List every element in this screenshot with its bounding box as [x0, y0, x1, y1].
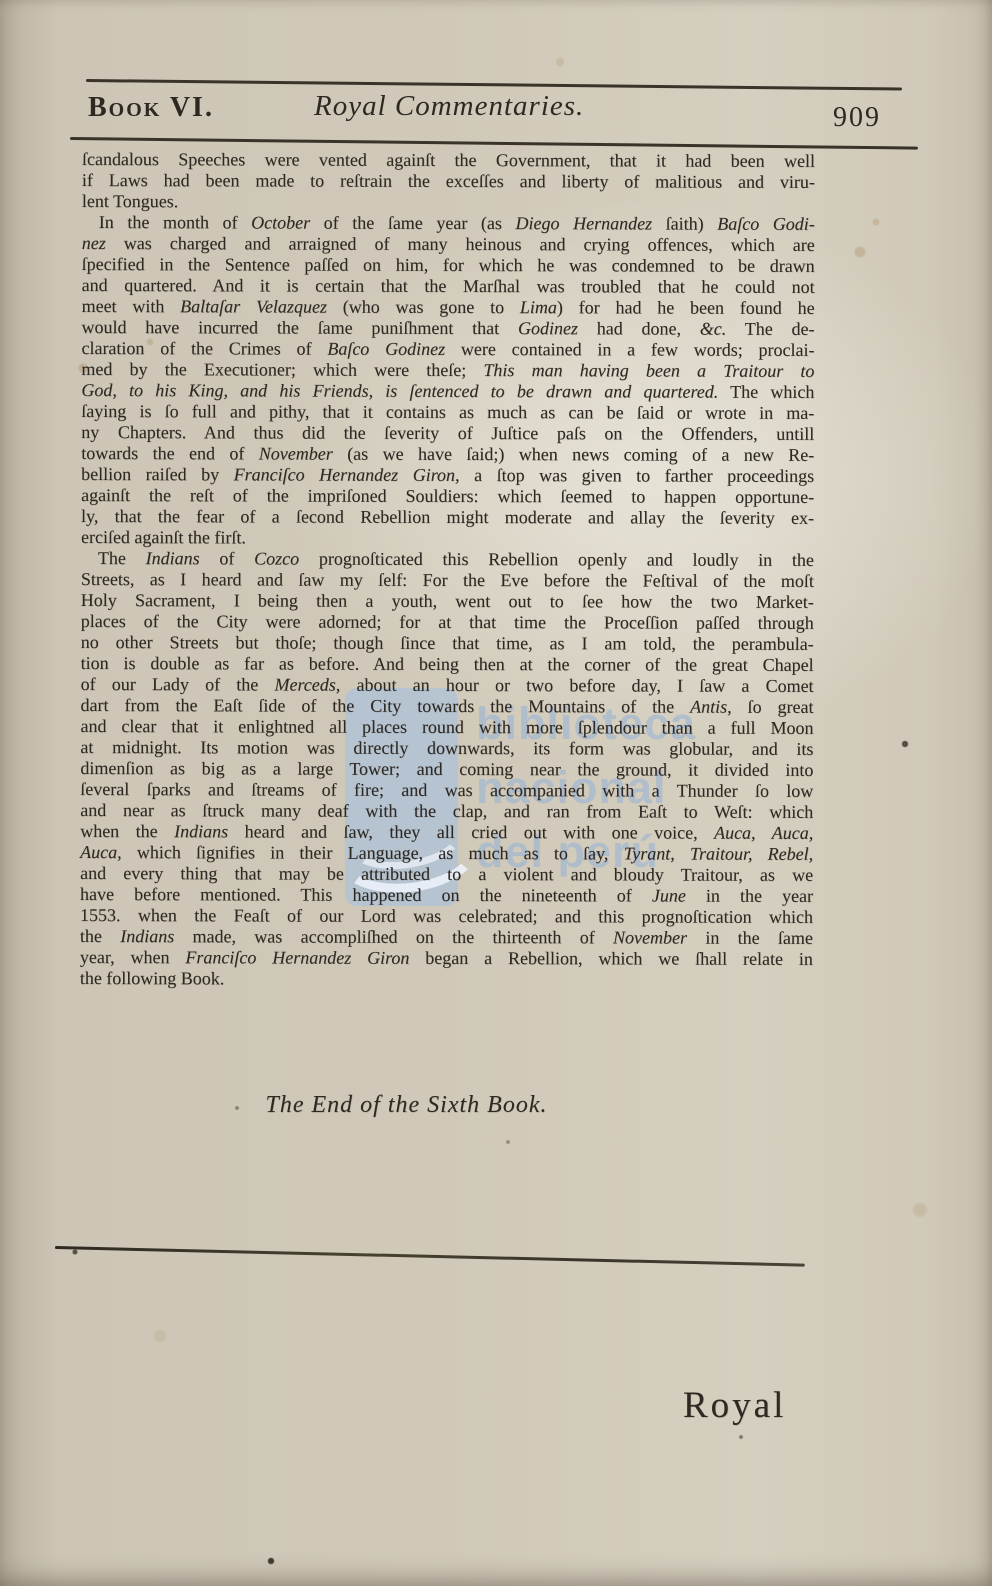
text-segment: have before mentioned. This happened on … — [80, 884, 652, 905]
header-rule-top — [86, 79, 902, 91]
text-line: ly, that the fear of a ſecond Rebellion … — [81, 506, 814, 529]
text-segment: (who was gone to — [327, 297, 520, 318]
text-line: year, when Franciſco Hernandez Giron beg… — [80, 947, 813, 970]
text-line: meet with Baltaſar Velazquez (who was go… — [82, 296, 815, 319]
text-segment: ) for had he been found he — [557, 297, 815, 318]
text-line: the following Book. — [80, 968, 813, 991]
text-segment: med by the Executioner; which were theſe… — [81, 359, 483, 380]
text-line: med by the Executioner; which were theſe… — [81, 359, 814, 382]
text-line: nez was charged and arraigned of many he… — [82, 233, 815, 256]
text-segment: had done, — [578, 318, 700, 338]
text-segment: no other Streets but thoſe; though ſince… — [81, 632, 814, 654]
text-segment: ſcandalous Speeches were vented againſt … — [82, 149, 815, 171]
text-segment: and quartered. And it is certain that th… — [82, 275, 815, 297]
text-line: bellion raiſed by Franciſco Hernandez Gi… — [81, 464, 814, 487]
book-end-line: The End of the Sixth Book. — [40, 1092, 773, 1119]
italic-text-segment: Franciſco Hernandez Giron — [185, 947, 409, 968]
text-segment: year, when — [80, 947, 186, 967]
text-line: Holy Sacrament, I being then a youth, we… — [81, 590, 814, 613]
text-segment: which ſignifies in their Language, as mu… — [122, 842, 624, 863]
text-segment: In the month of — [99, 212, 251, 232]
text-segment: erciſed againſt the firſt. — [81, 527, 246, 547]
italic-text-segment: Baſco Godinez — [327, 339, 445, 359]
text-line: 1553. when the Feaſt of our Lord was cel… — [80, 905, 813, 928]
text-line: and near as ſtruck many deaf with the cl… — [80, 800, 813, 823]
text-line: of our Lady of the Merceds, about an hou… — [81, 674, 814, 697]
text-segment: began a Rebellion, which we ſhall relate… — [409, 948, 812, 969]
italic-text-segment: Baſco Godi- — [717, 214, 815, 234]
text-segment: when the — [80, 821, 174, 841]
text-line: ny Chapters. And thus did the ſeverity o… — [81, 422, 814, 445]
text-segment: and clear that it enlightned all places … — [80, 716, 813, 738]
text-segment: ſeveral ſparks and ſtreams of fire; and … — [80, 779, 813, 801]
italic-text-segment: Franciſco Hernandez Giron, — [234, 464, 460, 485]
text-segment: claration of the Crimes of — [81, 338, 327, 359]
running-title: Royal Commentaries. — [314, 90, 584, 123]
text-segment: tion is double as far as before. And bei… — [81, 653, 814, 675]
text-line: God, to his King, and his Friends, is ſe… — [81, 380, 814, 403]
text-segment: of — [200, 548, 255, 568]
text-segment: would have incurred the ſame puniſhment … — [82, 317, 518, 338]
text-line: In the month of October of the ſame year… — [82, 212, 815, 235]
text-segment: the — [80, 926, 120, 946]
text-segment: about an hour or two before day, I ſaw a… — [340, 675, 813, 696]
italic-text-segment: Tyrant, Traitour, Rebel, — [624, 843, 814, 863]
text-segment: ſaith) — [652, 213, 717, 233]
text-segment: was charged and arraigned of many heinou… — [106, 233, 815, 255]
italic-text-segment: Indians — [146, 548, 200, 568]
footer-rule — [55, 1246, 805, 1266]
text-line: at midnight. Its motion was directly dow… — [80, 737, 813, 760]
text-segment: The which — [718, 382, 814, 402]
italic-text-segment: nez — [82, 233, 106, 253]
text-segment: places of the City were adorned; for at … — [81, 611, 814, 633]
text-segment: a ſtop was given to farther proceedings — [460, 465, 815, 486]
text-segment: The de- — [726, 319, 814, 339]
text-segment: againſt the reſt of the impriſoned Sould… — [81, 485, 814, 507]
text-segment: dart from the Eaſt ſide of the City towa… — [81, 695, 691, 717]
text-line: towards the end of November (as we have … — [81, 443, 814, 466]
text-segment: bellion raiſed by — [81, 464, 234, 484]
text-segment: in the ſame — [687, 928, 813, 948]
text-line: lent Tongues. — [82, 191, 815, 214]
text-line: and every thing that may be attributed t… — [80, 863, 813, 886]
text-segment: prognoſticated this Rebellion openly and… — [299, 549, 814, 570]
text-line: and quartered. And it is certain that th… — [82, 275, 815, 298]
italic-text-segment: November — [613, 927, 687, 947]
text-line: Streets, as I heard and ſaw my ſelf: For… — [81, 569, 814, 592]
text-line: ſcandalous Speeches were vented againſt … — [82, 149, 815, 172]
italic-text-segment: Lima — [520, 297, 557, 317]
italic-text-segment: Antis, — [690, 697, 732, 717]
text-line: when the Indians heard and ſaw, they all… — [80, 821, 813, 844]
italic-text-segment: Auca, Auca, — [714, 823, 813, 843]
text-segment: Holy Sacrament, I being then a youth, we… — [81, 590, 814, 612]
text-line: ſeveral ſparks and ſtreams of fire; and … — [80, 779, 813, 802]
body-text: ſcandalous Speeches were vented againſt … — [80, 149, 815, 991]
text-line: no other Streets but thoſe; though ſince… — [81, 632, 814, 655]
text-line: places of the City were adorned; for at … — [81, 611, 814, 634]
text-segment: and near as ſtruck many deaf with the cl… — [80, 800, 813, 822]
text-segment: at midnight. Its motion was directly dow… — [80, 737, 813, 759]
italic-text-segment: June — [652, 885, 686, 905]
italic-text-segment: Merceds, — [274, 675, 340, 695]
text-segment: The — [98, 548, 146, 568]
italic-text-segment: Godinez — [518, 318, 578, 338]
text-segment: towards the end of — [81, 443, 259, 463]
text-line: againſt the reſt of the impriſoned Sould… — [81, 485, 814, 508]
text-segment: of the ſame year (as — [310, 213, 515, 234]
text-segment: dimenſion as big as a large Tower; and c… — [80, 758, 813, 780]
paragraph: ſcandalous Speeches were vented againſt … — [82, 149, 815, 214]
italic-text-segment: Diego Hernandez — [516, 213, 653, 233]
text-segment: Streets, as I heard and ſaw my ſelf: For… — [81, 569, 814, 591]
text-line: The Indians of Cozco prognoſticated this… — [81, 548, 814, 571]
text-segment: ſpecified in the Sentence paſſed on him,… — [82, 254, 815, 276]
text-line: dart from the Eaſt ſide of the City towa… — [81, 695, 814, 718]
text-line: would have incurred the ſame puniſhment … — [82, 317, 815, 340]
text-segment: ly, that the fear of a ſecond Rebellion … — [81, 506, 814, 528]
catchword: Royal — [683, 1384, 786, 1427]
text-line: the Indians made, was accompliſhed on th… — [80, 926, 813, 949]
text-line: claration of the Crimes of Baſco Godinez… — [81, 338, 814, 361]
text-line: Auca, which ſignifies in their Language,… — [80, 842, 813, 865]
text-segment: heard and ſaw, they all cried out with o… — [228, 821, 714, 842]
book-label: Book VI. — [88, 92, 214, 124]
text-segment: in the year — [686, 886, 813, 906]
italic-text-segment: Cozco — [254, 548, 299, 568]
italic-text-segment: &c. — [700, 319, 727, 339]
paragraph: In the month of October of the ſame year… — [81, 212, 815, 550]
italic-text-segment: October — [251, 212, 310, 232]
text-segment: 1553. when the Feaſt of our Lord was cel… — [80, 905, 813, 927]
header-rule-bottom — [70, 137, 918, 149]
paragraph: The Indians of Cozco prognoſticated this… — [80, 548, 814, 991]
text-segment: ſo great — [732, 697, 814, 717]
italic-text-segment: God, to his King, and his Friends, is ſe… — [81, 380, 718, 402]
text-line: dimenſion as big as a large Tower; and c… — [80, 758, 813, 781]
text-segment: meet with — [82, 296, 181, 316]
text-segment: were contained in a few words; proclai- — [445, 339, 814, 360]
text-line: ſaying is ſo full and pithy, that it con… — [81, 401, 814, 424]
text-segment: the following Book. — [80, 968, 225, 988]
text-line: erciſed againſt the firſt. — [81, 527, 814, 550]
italic-text-segment: Auca, — [80, 842, 122, 862]
text-segment: made, was accompliſhed on the thirteenth… — [174, 926, 613, 947]
text-line: ſpecified in the Sentence paſſed on him,… — [82, 254, 815, 277]
text-line: and clear that it enlightned all places … — [80, 716, 813, 739]
text-segment: of our Lady of the — [81, 674, 275, 695]
text-segment: ny Chapters. And thus did the ſeverity o… — [81, 422, 814, 444]
text-line: if Laws had been made to reſtrain the ex… — [82, 170, 815, 193]
italic-text-segment: Indians — [174, 821, 228, 841]
page-number: 909 — [833, 102, 881, 134]
text-line: tion is double as far as before. And bei… — [81, 653, 814, 676]
italic-text-segment: November — [259, 443, 333, 463]
italic-text-segment: Indians — [120, 926, 174, 946]
text-segment: if Laws had been made to reſtrain the ex… — [82, 170, 815, 192]
text-segment: lent Tongues. — [82, 191, 178, 211]
text-segment: ſaying is ſo full and pithy, that it con… — [81, 401, 814, 423]
book-page: biblioteca nacional del perú Book VI. Ro… — [0, 0, 992, 1586]
italic-text-segment: This man having been a Traitour to — [483, 360, 814, 381]
italic-text-segment: Baltaſar Velazquez — [180, 296, 327, 316]
text-line: have before mentioned. This happened on … — [80, 884, 813, 907]
text-segment: and every thing that may be attributed t… — [80, 863, 813, 885]
text-segment: (as we have ſaid;) when news coming of a… — [333, 444, 814, 465]
